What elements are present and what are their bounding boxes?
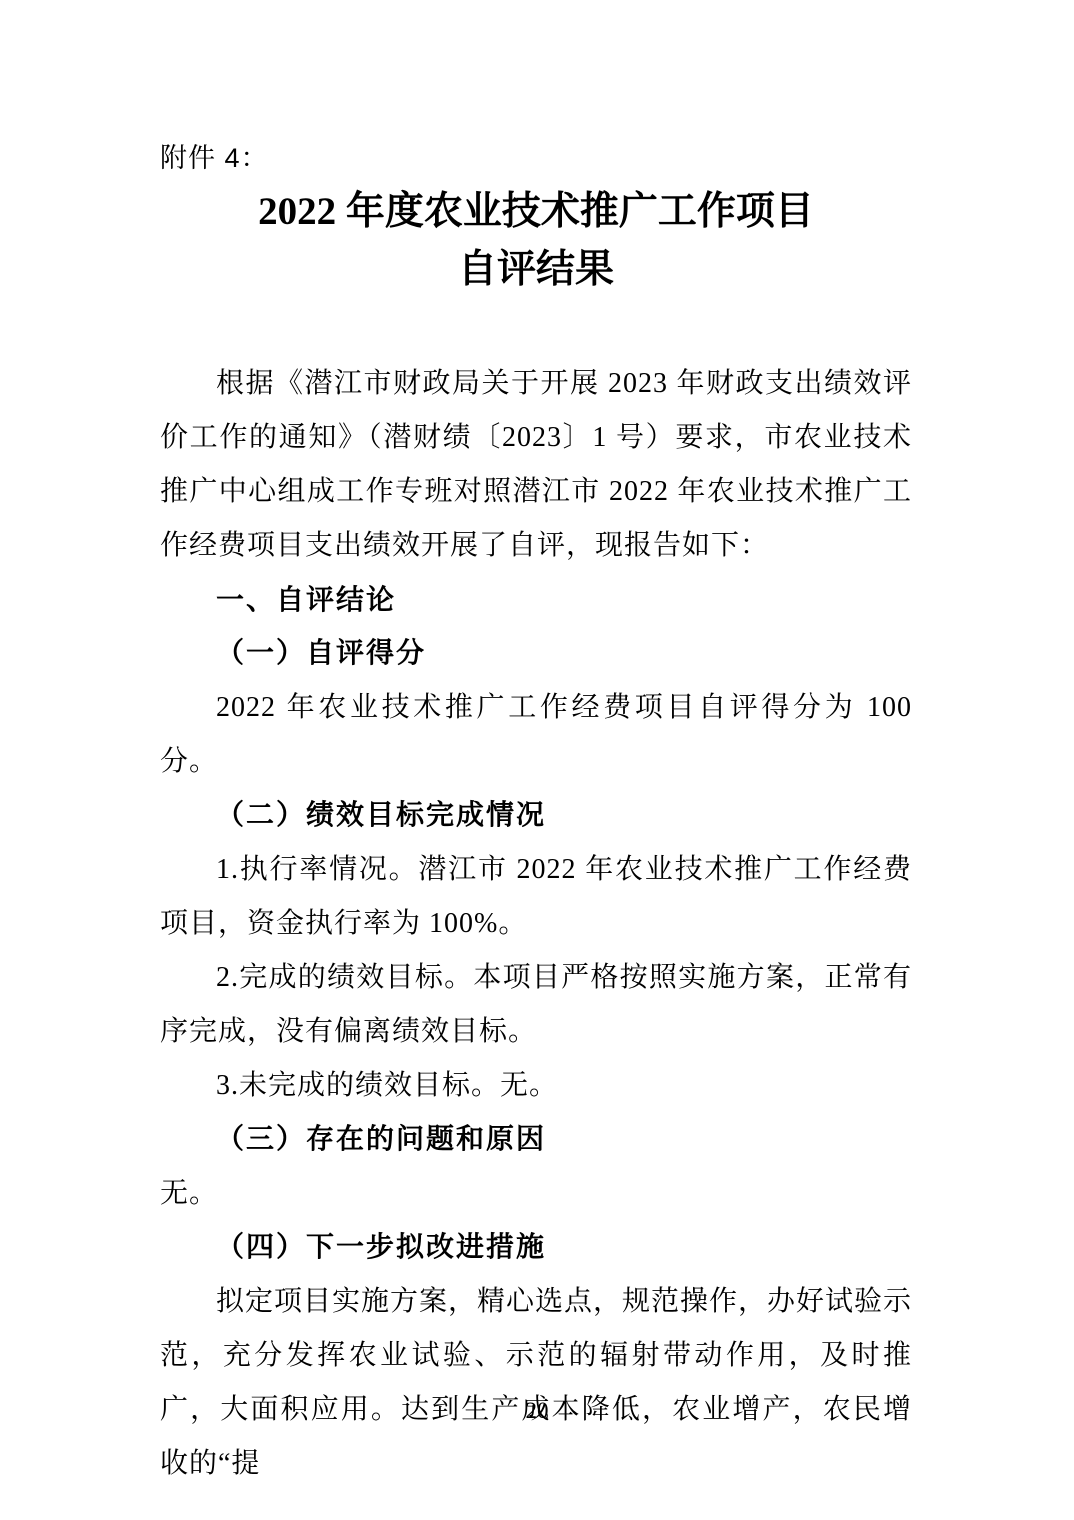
- doc-heading-next-step-improvements: （四）下一步拟改进措施: [160, 1221, 912, 1275]
- doc-paragraph-none: 无。: [160, 1167, 912, 1221]
- doc-paragraph-improvement-measures: 拟定项目实施方案，精心选点，规范操作，办好试验示范，充分发挥农业试验、示范的辐射…: [160, 1275, 912, 1491]
- page-number: 20: [0, 1396, 1074, 1426]
- doc-heading-performance-goal-completion: （二）绩效目标完成情况: [160, 789, 912, 843]
- doc-paragraph-completed-goals: 2.完成的绩效目标。本项目严格按照实施方案，正常有序完成，没有偏离绩效目标。: [160, 951, 912, 1059]
- doc-paragraph-intro: 根据《潜江市财政局关于开展 2023 年财政支出绩效评价工作的通知》（潜财绩〔2…: [160, 357, 912, 573]
- doc-paragraph-uncompleted-goals: 3.未完成的绩效目标。无。: [160, 1059, 912, 1113]
- document-content: 附件 4： 2022 年度农业技术推广工作项目 自评结果 根据《潜江市财政局关于…: [160, 140, 912, 1491]
- document-title-line1: 2022 年度农业技术推广工作项目: [160, 183, 912, 241]
- document-title-line2: 自评结果: [160, 241, 912, 299]
- attachment-label: 附件 4：: [160, 140, 912, 176]
- doc-heading-problems-and-causes: （三）存在的问题和原因: [160, 1113, 912, 1167]
- doc-paragraph-execution-rate: 1.执行率情况。潜江市 2022 年农业技术推广工作经费项目，资金执行率为 10…: [160, 843, 912, 951]
- doc-heading-self-eval-conclusion: 一、自评结论: [160, 573, 912, 627]
- document-body: 根据《潜江市财政局关于开展 2023 年财政支出绩效评价工作的通知》（潜财绩〔2…: [160, 357, 912, 1491]
- document-title: 2022 年度农业技术推广工作项目 自评结果: [160, 183, 912, 299]
- document-page: 附件 4： 2022 年度农业技术推广工作项目 自评结果 根据《潜江市财政局关于…: [0, 0, 1074, 1520]
- doc-heading-self-eval-score: （一）自评得分: [160, 627, 912, 681]
- doc-paragraph-score: 2022 年农业技术推广工作经费项目自评得分为 100 分。: [160, 681, 912, 789]
